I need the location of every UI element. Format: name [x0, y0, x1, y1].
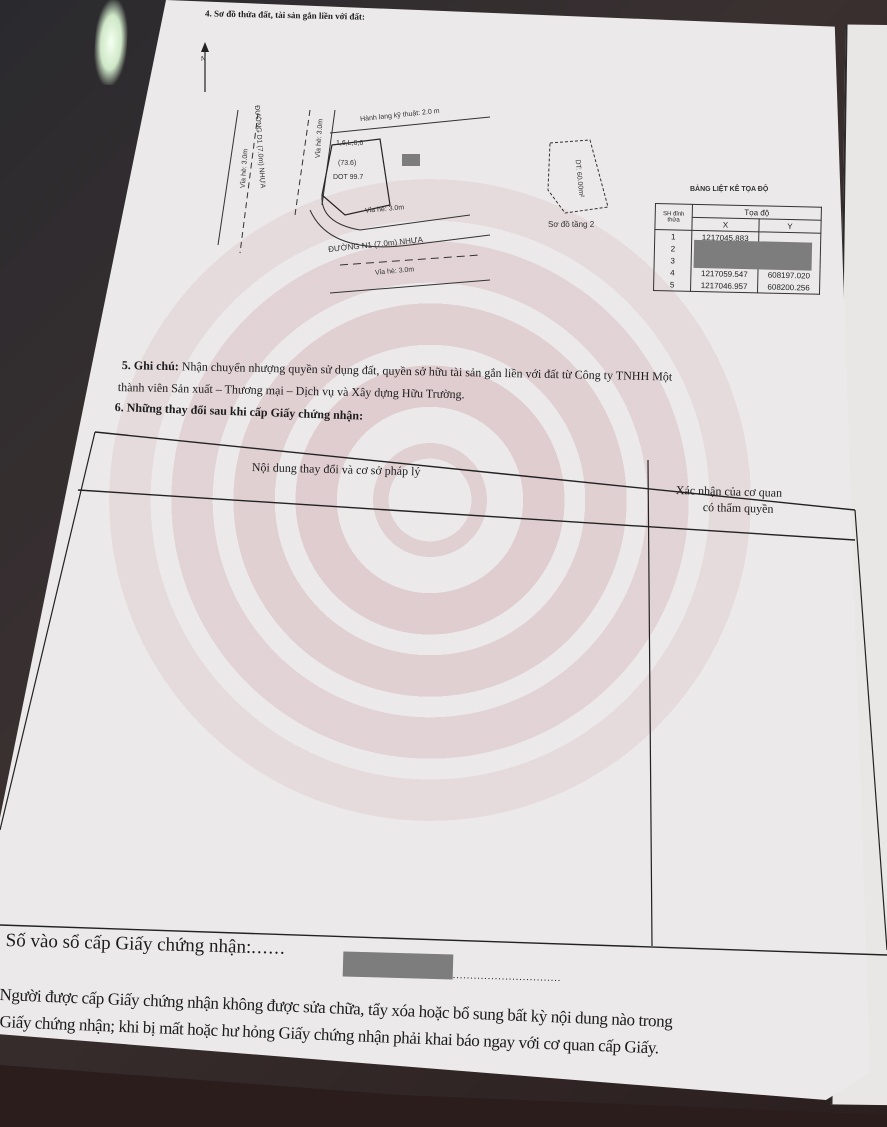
desk-edge — [0, 0, 887, 1127]
